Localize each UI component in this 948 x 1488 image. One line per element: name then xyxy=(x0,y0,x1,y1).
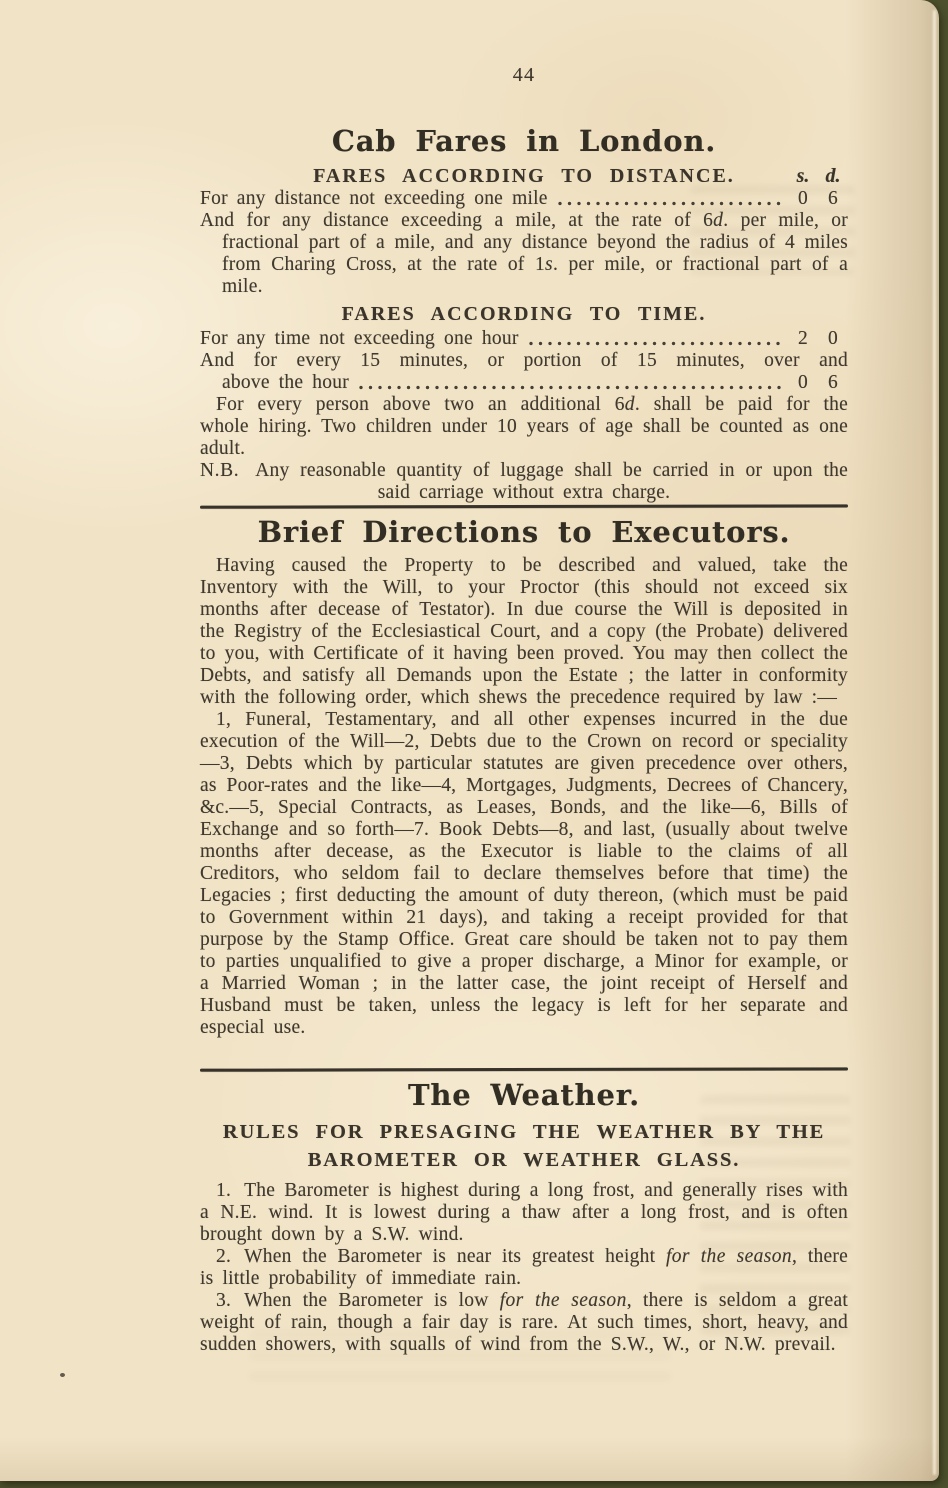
weather-rule-2: 2.When the Barometer is near its greates… xyxy=(200,1246,848,1290)
time-subheading: FARES ACCORDING TO TIME. xyxy=(200,302,848,326)
luggage-note: N.B.Any reasonable quantity of luggage s… xyxy=(200,460,848,504)
fare-text: For any time not exceeding one hour xyxy=(200,328,519,350)
weather-rule-text: When the Barometer is near its greatest … xyxy=(200,1246,848,1289)
executors-title: Brief Directions to Executors. xyxy=(200,513,848,551)
distance-paragraph: And for any distance exceeding a mile, a… xyxy=(200,210,848,298)
fare-row-time: For any time not exceeding one hour 2 0 xyxy=(200,328,848,350)
weather-subtitle: RULES FOR PRESAGING THE WEATHER BY THE B… xyxy=(200,1118,848,1174)
weather-title: The Weather. xyxy=(200,1076,848,1114)
page-edge-highlight xyxy=(933,10,936,1475)
dotted-leader xyxy=(557,200,782,207)
cab-fares-section: 44 Cab Fares in London. FARES ACCORDING … xyxy=(200,64,848,504)
book-page: 44 Cab Fares in London. FARES ACCORDING … xyxy=(0,0,939,1481)
fare-row-distance: For any distance not exceeding one mile … xyxy=(200,188,848,210)
fare-row-time-quarter: And for every 15 minutes, or portion of … xyxy=(200,350,848,394)
dotted-leader xyxy=(358,384,782,391)
fare-value-s: 2 xyxy=(788,328,818,350)
executors-section: Brief Directions to Executors. Having ca… xyxy=(200,505,848,1039)
weather-rule-number: 2. xyxy=(216,1246,231,1267)
weather-rule-text: The Barometer is highest during a long f… xyxy=(200,1180,848,1245)
section-divider xyxy=(200,1067,848,1071)
fare-text-line2-row: above the hour 0 6 xyxy=(200,372,848,394)
distance-subheading: FARES ACCORDING TO DISTANCE. s. d. xyxy=(200,164,848,188)
currency-header-d: d. xyxy=(818,164,848,188)
cab-fares-title: Cab Fares in London. xyxy=(200,122,848,160)
fare-text: For any distance not exceeding one mile xyxy=(200,188,548,210)
executors-paragraph-2: 1, Funeral, Testamentary, and all other … xyxy=(200,709,848,1039)
weather-rule-number: 1. xyxy=(216,1180,231,1201)
fare-value-d: 6 xyxy=(818,372,848,394)
fare-text-line2: above the hour xyxy=(222,372,349,394)
fare-value-d: 6 xyxy=(818,188,848,210)
distance-subheading-label: FARES ACCORDING TO DISTANCE. xyxy=(313,165,735,187)
currency-header-s: s. xyxy=(788,164,818,188)
page-number: 44 xyxy=(200,64,848,86)
weather-section: The Weather. RULES FOR PRESAGING THE WEA… xyxy=(200,1068,848,1356)
fare-value-s: 0 xyxy=(788,372,818,394)
dotted-leader xyxy=(528,340,782,347)
time-subheading-label: FARES ACCORDING TO TIME. xyxy=(342,303,707,325)
weather-rule-1: 1.The Barometer is highest during a long… xyxy=(200,1180,848,1246)
section-divider xyxy=(200,504,848,508)
passenger-children-note: For every person above two an additional… xyxy=(200,394,848,460)
executors-paragraph-1: Having caused the Property to be describ… xyxy=(200,555,848,709)
weather-rule-3: 3.When the Barometer is low for the seas… xyxy=(200,1290,848,1356)
fare-text-line1: And for every 15 minutes, or portion of … xyxy=(200,350,848,372)
nb-label: N.B. xyxy=(200,460,239,481)
fare-value-s: 0 xyxy=(788,188,818,210)
fare-value-d: 0 xyxy=(818,328,848,350)
currency-header: s. d. xyxy=(788,164,848,188)
nb-text: Any reasonable quantity of luggage shall… xyxy=(255,460,848,503)
weather-rule-number: 3. xyxy=(216,1290,231,1311)
weather-rule-text: When the Barometer is low for the season… xyxy=(200,1290,848,1355)
ink-speck xyxy=(60,1373,65,1377)
